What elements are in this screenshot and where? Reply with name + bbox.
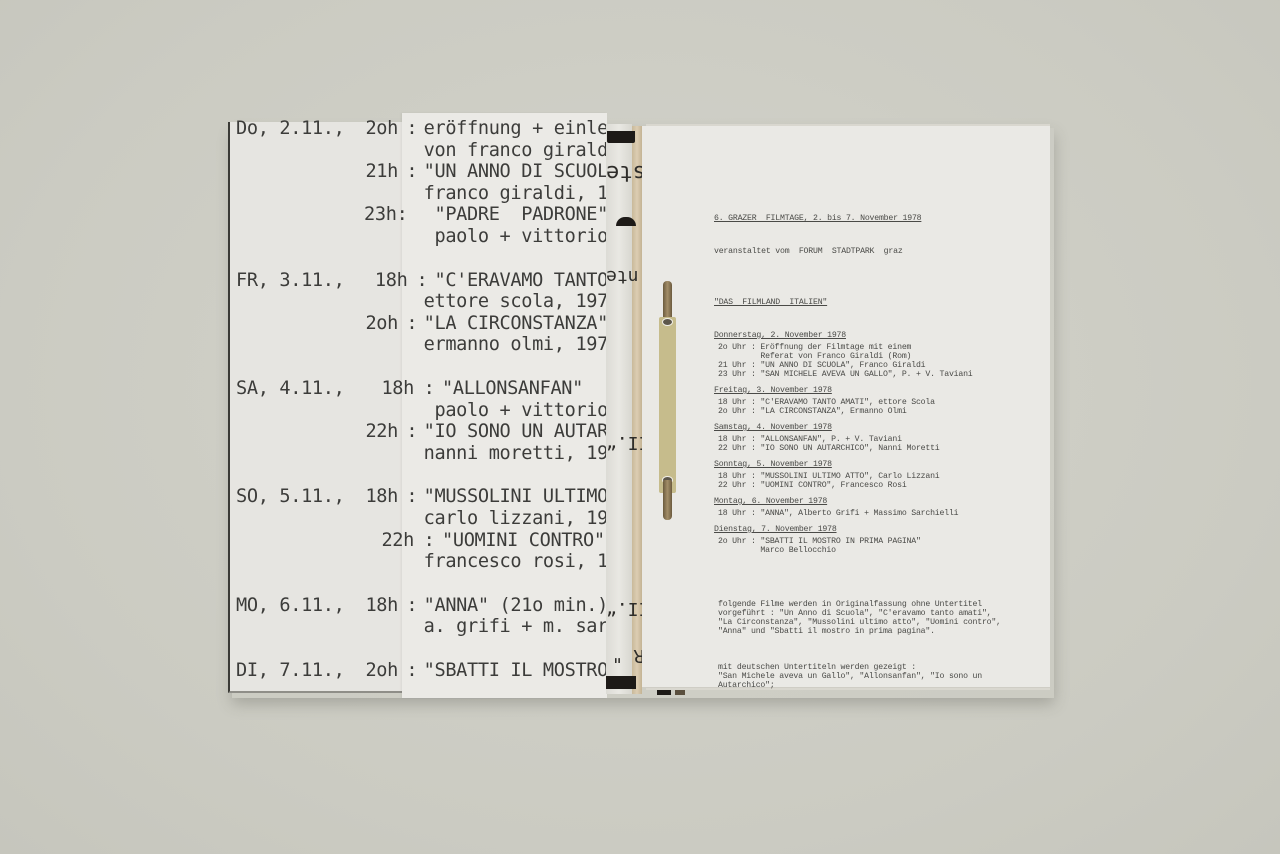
schedule-entry: nanni moretti, 19 (424, 443, 608, 465)
program-days: Donnerstag, 2. November 19782o Uhr : Erö… (714, 331, 1034, 555)
schedule-time (345, 291, 400, 313)
schedule-row: francesco rosi, 1 (236, 551, 608, 573)
note-line: folgende Filme werden in Originalfassung… (718, 600, 1034, 609)
schedule-entry: ermanno olmi, 197 (424, 334, 608, 356)
spine-text-fragment: R " (612, 645, 645, 666)
schedule-day (236, 204, 352, 226)
schedule-day: DI, 7.11., (236, 660, 345, 682)
program-theme: "DAS FILMLAND ITALIEN" (714, 298, 1034, 307)
day-block: Freitag, 3. November 197818 Uhr : "C'ERA… (714, 386, 1034, 416)
schedule-entry: franco giraldi, 1 (424, 183, 608, 205)
schedule-time (345, 140, 400, 162)
schedule-row: 22h:"IO SONO UN AUTAR (236, 421, 608, 443)
day-block: Montag, 6. November 197818 Uhr : "ANNA",… (714, 497, 1034, 518)
schedule-time: 22h (356, 530, 416, 552)
day-block: Donnerstag, 2. November 19782o Uhr : Erö… (714, 331, 1034, 379)
screening-line: Referat von Franco Giraldi (Rom) (714, 352, 1034, 361)
schedule-day (236, 443, 345, 465)
schedule-time (345, 508, 400, 530)
schedule-colon: : (400, 118, 424, 140)
schedule-day (236, 226, 352, 248)
schedule-colon: : (400, 161, 424, 183)
schedule-day (236, 616, 345, 638)
schedule-day (236, 313, 345, 335)
left-program-sheet: Do, 2.11.,2oh:eröffnung + einlevon franc… (236, 118, 608, 698)
schedule-entry: "C'ERAVAMO TANTO (434, 270, 608, 292)
schedule-colon (400, 443, 424, 465)
schedule-row: paolo + vittorio (236, 226, 608, 248)
schedule-day (236, 400, 352, 422)
row-gap (236, 248, 608, 270)
spine-text-fragment: ste (606, 160, 646, 185)
schedule-entry: "IO SONO UN AUTAR (424, 421, 608, 443)
schedule-colon (409, 226, 434, 248)
schedule-row: SO, 5.11.,18h:"MUSSOLINI ULTIMO (236, 486, 608, 508)
schedule-day (236, 421, 345, 443)
schedule-time: 18h (345, 486, 400, 508)
schedule-day (236, 291, 345, 313)
schedule-row: nanni moretti, 19 (236, 443, 608, 465)
schedule-row: von franco girald (236, 140, 608, 162)
program-organizer: veranstaltet vom FORUM STADTPARK graz (714, 247, 1034, 256)
schedule-entry: ettore scola, 197 (424, 291, 608, 313)
schedule-entry: "LA CIRCONSTANZA" (424, 313, 608, 335)
screening-line: 2o Uhr : Eröffnung der Filmtage mit eine… (714, 343, 1034, 352)
schedule-colon (400, 291, 424, 313)
spine-mark-bottom (606, 676, 636, 689)
schedule-time: 2oh (345, 660, 400, 682)
schedule-day: SO, 5.11., (236, 486, 345, 508)
note-line: Autarchico"; (718, 681, 1034, 690)
screening-line: 18 Uhr : "ALLONSANFAN", P. + V. Taviani (714, 435, 1034, 444)
binding-mark-bottom (657, 690, 671, 695)
day-heading: Montag, 6. November 1978 (714, 497, 1034, 506)
schedule-row: paolo + vittorio (236, 400, 608, 422)
spine-mark-curve (616, 217, 636, 226)
schedule-entry: francesco rosi, 1 (424, 551, 608, 573)
schedule-time (345, 443, 400, 465)
schedule-time (345, 616, 400, 638)
schedule-time: 22h (345, 421, 400, 443)
schedule-time: 18h (356, 378, 416, 400)
schedule-day (236, 530, 356, 552)
spine-mark-top (607, 131, 635, 143)
schedule-colon: : (400, 313, 424, 335)
schedule-day (236, 551, 345, 573)
note-line: "Anna" und "Sbatti il mostro in prima pa… (718, 627, 1034, 636)
schedule-colon (400, 334, 424, 356)
schedule-row: 2oh:"LA CIRCONSTANZA" (236, 313, 608, 335)
note-line: "La Circonstanza", "Mussolini ultimo att… (718, 618, 1034, 627)
schedule-entry: paolo + vittorio (434, 400, 608, 422)
schedule-colon: : (416, 530, 442, 552)
day-heading: Donnerstag, 2. November 1978 (714, 331, 1034, 340)
schedule-entry: eröffnung + einle (424, 118, 608, 140)
program-title: 6. GRAZER FILMTAGE, 2. bis 7. November 1… (714, 214, 1034, 223)
schedule-time (345, 183, 400, 205)
schedule-time: 23h: (352, 204, 410, 226)
binding-mark-bottom-2 (675, 690, 685, 695)
schedule-day: FR, 3.11., (236, 270, 352, 292)
schedule-time: 2oh (345, 313, 400, 335)
note-original-version: folgende Filme werden in Originalfassung… (714, 600, 1034, 636)
screening-line: 2o Uhr : "LA CIRCONSTANZA", Ermanno Olmi (714, 407, 1034, 416)
schedule-row: 23h:"PADRE PADRONE" (236, 204, 608, 226)
schedule-row: MO, 6.11.,18h:"ANNA" (21o min.) (236, 595, 608, 617)
typed-program: 6. GRAZER FILMTAGE, 2. bis 7. November 1… (714, 196, 1034, 699)
schedule-time: 18h (352, 270, 410, 292)
schedule-entry: "ALLONSANFAN" (442, 378, 583, 400)
schedule-entry: "PADRE PADRONE" (434, 204, 608, 226)
schedule-row: ermanno olmi, 197 (236, 334, 608, 356)
screening-line: 23 Uhr : "SAN MICHELE AVEVA UN GALLO", P… (714, 370, 1034, 379)
screening-line: 22 Uhr : "UOMINI CONTRO", Francesco Rosi (714, 481, 1034, 490)
schedule-colon (400, 508, 424, 530)
schedule-row: DI, 7.11.,2oh:"SBATTI IL MOSTRO (236, 660, 608, 682)
schedule-entry: von franco girald (424, 140, 608, 162)
row-gap (236, 356, 608, 378)
screening-line: 2o Uhr : "SBATTI IL MOSTRO IN PRIMA PAGI… (714, 537, 1034, 546)
schedule-colon: : (409, 270, 434, 292)
day-heading: Freitag, 3. November 1978 (714, 386, 1034, 395)
day-heading: Sonntag, 5. November 1978 (714, 460, 1034, 469)
fastener-prong-bottom (663, 480, 672, 520)
note-line: vorgeführt : "Un Anno di Scuola", "C'era… (718, 609, 1034, 618)
schedule-day: Do, 2.11., (236, 118, 345, 140)
schedule-time (352, 400, 410, 422)
schedule-colon: : (400, 421, 424, 443)
screening-line: Marco Bellocchio (714, 546, 1034, 555)
schedule-time: 21h (345, 161, 400, 183)
schedule-entry: "SBATTI IL MOSTRO (424, 660, 608, 682)
note-line: mit deutschen Untertiteln werden gezeigt… (718, 663, 1034, 672)
schedule-time: 2oh (345, 118, 400, 140)
schedule-day: SA, 4.11., (236, 378, 356, 400)
schedule-row: Do, 2.11.,2oh:eröffnung + einle (236, 118, 608, 140)
day-block: Sonntag, 5. November 197818 Uhr : "MUSSO… (714, 460, 1034, 490)
day-block: Dienstag, 7. November 19782o Uhr : "SBAT… (714, 525, 1034, 555)
note-subtitled: mit deutschen Untertiteln werden gezeigt… (714, 663, 1034, 690)
schedule-time (345, 334, 400, 356)
paper-fastener (659, 317, 676, 493)
screening-line: 18 Uhr : "C'ERAVAMO TANTO AMATI", ettore… (714, 398, 1034, 407)
schedule-day (236, 183, 345, 205)
schedule-day (236, 508, 345, 530)
fastener-hole (662, 318, 673, 326)
screening-line: 18 Uhr : "MUSSOLINI ULTIMO ATTO", Carlo … (714, 472, 1034, 481)
schedule-entry: paolo + vittorio (434, 226, 608, 248)
schedule-entry: carlo lizzani, 19 (424, 508, 608, 530)
schedule-row: ettore scola, 197 (236, 291, 608, 313)
schedule-colon (400, 183, 424, 205)
schedule-colon (409, 400, 434, 422)
schedule-row: SA, 4.11.,18h:"ALLONSANFAN" (236, 378, 608, 400)
schedule-time (345, 551, 400, 573)
schedule-row: a. grifi + m. sar (236, 616, 608, 638)
screening-line: 21 Uhr : "UN ANNO DI SCUOLA", Franco Gir… (714, 361, 1034, 370)
day-heading: Dienstag, 7. November 1978 (714, 525, 1034, 534)
row-gap (236, 464, 608, 486)
schedule-day (236, 334, 345, 356)
row-gap (236, 573, 608, 595)
schedule-colon (409, 204, 434, 226)
schedule-colon (400, 616, 424, 638)
schedule-entry: "ANNA" (21o min.) (424, 595, 608, 617)
schedule-day: MO, 6.11., (236, 595, 345, 617)
schedule-colon (400, 140, 424, 162)
schedule-day (236, 140, 345, 162)
schedule-day (236, 161, 345, 183)
schedule-colon: : (400, 595, 424, 617)
schedule-colon: : (400, 660, 424, 682)
day-block: Samstag, 4. November 197818 Uhr : "ALLON… (714, 423, 1034, 453)
schedule-colon (400, 551, 424, 573)
schedule-row: carlo lizzani, 19 (236, 508, 608, 530)
row-gap (236, 638, 608, 660)
screening-line: 22 Uhr : "IO SONO UN AUTARCHICO", Nanni … (714, 444, 1034, 453)
screening-line: 18 Uhr : "ANNA", Alberto Grifi + Massimo… (714, 509, 1034, 518)
schedule-entry: "MUSSOLINI ULTIMO (424, 486, 608, 508)
schedule-colon: : (400, 486, 424, 508)
schedule-entry: "UOMINI CONTRO" (442, 530, 605, 552)
schedule-row: franco giraldi, 1 (236, 183, 608, 205)
schedule-time (352, 226, 410, 248)
day-heading: Samstag, 4. November 1978 (714, 423, 1034, 432)
schedule-row: 21h:"UN ANNO DI SCUOL (236, 161, 608, 183)
note-line: "San Michele aveva un Gallo", "Allonsanf… (718, 672, 1034, 681)
schedule-time: 18h (345, 595, 400, 617)
schedule-colon: : (416, 378, 442, 400)
schedule-entry: "UN ANNO DI SCUOL (424, 161, 608, 183)
schedule-row: 22h:"UOMINI CONTRO" (236, 530, 608, 552)
schedule-entry: a. grifi + m. sar (424, 616, 608, 638)
schedule-row: FR, 3.11.,18h:"C'ERAVAMO TANTO (236, 270, 608, 292)
spine-text-fragment: nte (606, 266, 639, 287)
